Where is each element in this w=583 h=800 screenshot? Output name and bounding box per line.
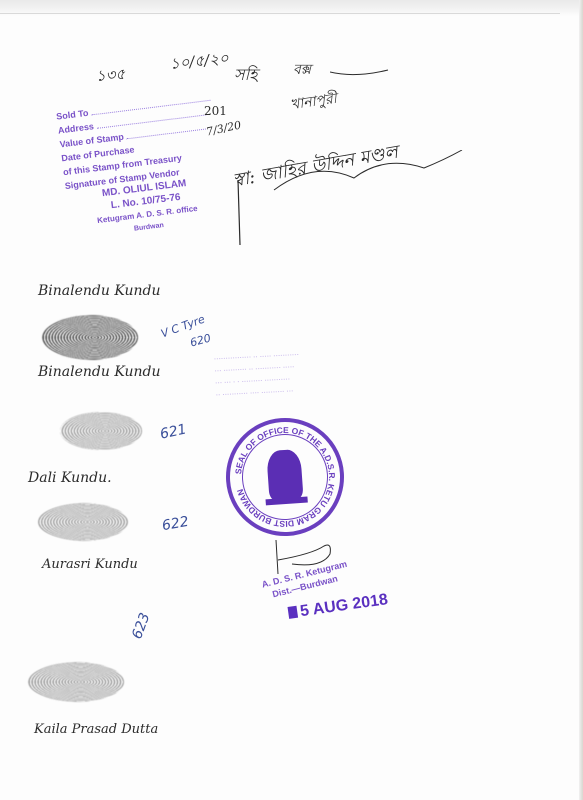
executant-serial-1: 620 (189, 332, 213, 350)
handwritten-khanapuri: খানাপুরী (289, 87, 339, 117)
faint-endorsement-text: ················ ·· ····· ··········· ··… (214, 350, 301, 402)
thumb-impression-1 (42, 315, 138, 360)
executant-signature-2: Binalendu Kundu (38, 364, 161, 380)
official-seal: SEAL OF OFFICE OF THE A.D.S.R. KETU GRAM… (222, 414, 348, 540)
ashoka-emblem-icon (266, 449, 303, 501)
executant-serial-2: 621 (159, 421, 188, 442)
handwritten-serial: ১৩৫ (95, 63, 126, 90)
thumb-impression-4 (28, 662, 124, 702)
registration-date: 5 AUG 2018 (299, 591, 389, 620)
handwritten-date: ১০/৫/২০ (169, 47, 230, 78)
page-fold-line (0, 13, 560, 14)
executant-serial-4: 623 (129, 611, 153, 642)
handwritten-sahi: সহি (234, 62, 258, 89)
executant-signature-1: Binalendu Kundu (38, 283, 161, 299)
executant-signature-5: Kaila Prasad Dutta (34, 722, 158, 737)
thumb-impression-3 (38, 503, 128, 541)
executant-signature-4: Aurasri Kundu (42, 557, 138, 572)
executant-serial-3: 622 (161, 514, 190, 534)
date-stamp-mark (288, 606, 299, 619)
stamp-vendor-block: Sold To Address Value of Stamp Date of P… (55, 91, 219, 193)
signature-flourish (234, 150, 464, 250)
underline-stroke (330, 66, 390, 78)
stamp-value-handwritten: 201 (204, 104, 227, 118)
handwritten-box: বক্স (293, 58, 311, 82)
scanned-page: ১৩৫ ১০/৫/২০ সহি বক্স খানাপুরী Sold To Ad… (0, 0, 583, 800)
thumb-impression-2 (60, 412, 142, 450)
page-edge (579, 0, 583, 800)
executant-signature-3: Dali Kundu. (28, 470, 112, 486)
vendor-license-stamp: MD. OLIUL ISLAM L. No. 10/75-76 Ketugram… (93, 176, 200, 240)
registration-date-stamp: 5 AUG 2018 (287, 591, 389, 623)
